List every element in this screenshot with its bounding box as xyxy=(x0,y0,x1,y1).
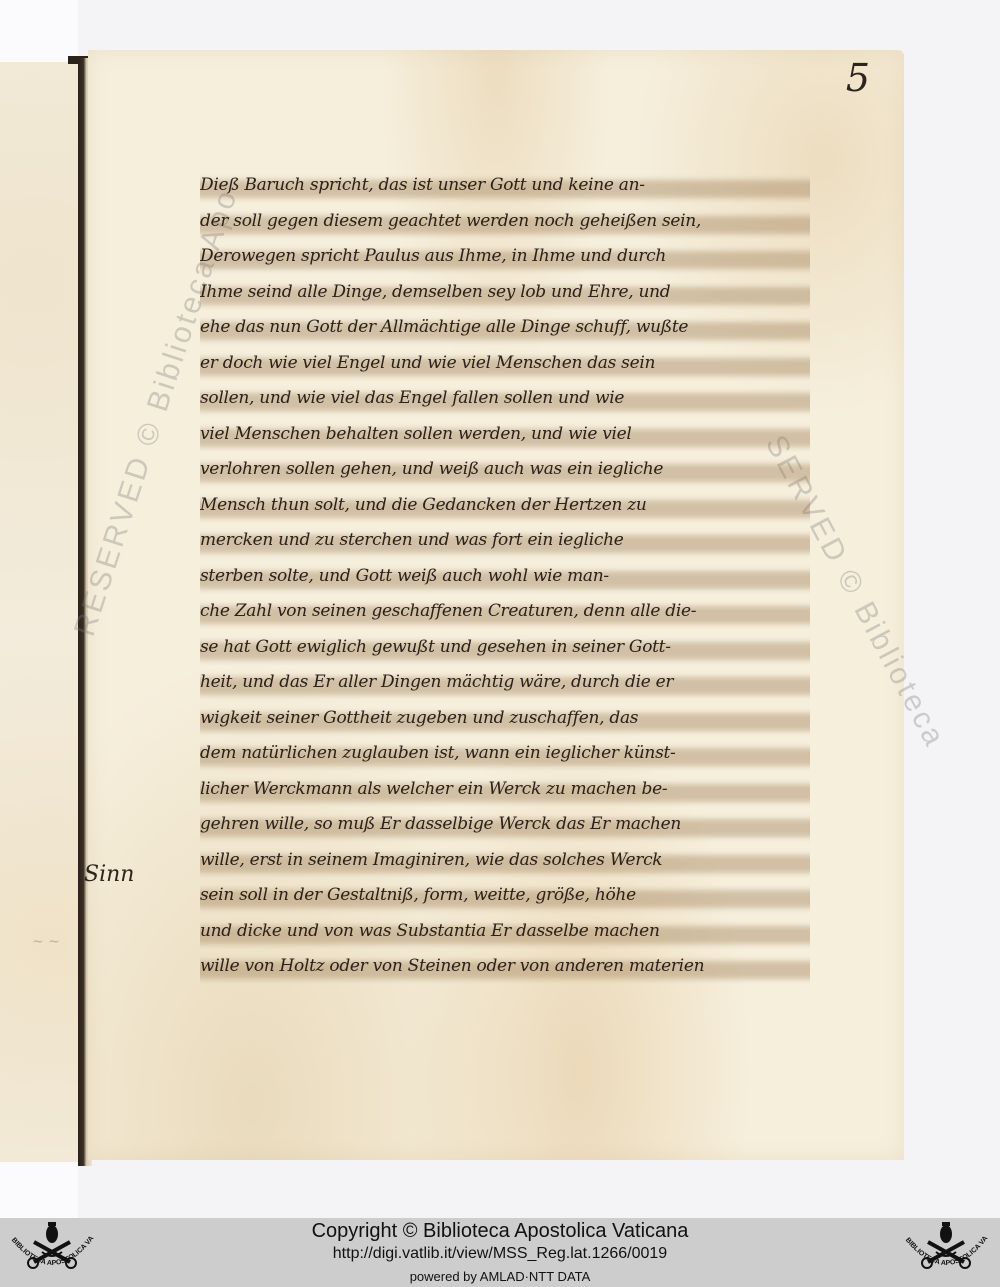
manuscript-scan: ~ ~ 5 RESERVED © Biblioteca Apo SERVED ©… xyxy=(0,0,1000,1218)
text-line: Derowegen spricht Paulus aus Ihme, in Ih… xyxy=(200,239,810,275)
text-line: wigkeit seiner Gottheit zugeben und zusc… xyxy=(200,701,810,737)
text-line: dem natürlichen zuglauben ist, wann ein … xyxy=(200,736,810,772)
margin-note: Sinn xyxy=(84,862,134,887)
text-line: wille von Holtz oder von Steinen oder vo… xyxy=(200,949,810,985)
text-line: gehren wille, so muß Er dasselbige Werck… xyxy=(200,807,810,843)
powered-by-text: powered by AMLAD·NTT DATA xyxy=(0,1269,1000,1284)
manuscript-url[interactable]: http://digi.vatlib.it/view/MSS_Reg.lat.1… xyxy=(0,1245,1000,1263)
text-line: sterben solte, und Gott weiß auch wohl w… xyxy=(200,559,810,595)
vatican-library-logo-right: BIBLIOTECA APOSTOLICA VATICANA xyxy=(896,1220,996,1284)
papal-keys-emblem-icon: BIBLIOTECA APOSTOLICA VATICANA xyxy=(896,1220,996,1284)
text-line: ehe das nun Gott der Allmächtige alle Di… xyxy=(200,310,810,346)
text-line: er doch wie viel Engel und wie viel Mens… xyxy=(200,346,810,382)
text-line: licher Werckmann als welcher ein Werck z… xyxy=(200,772,810,808)
handwritten-text-block: Dieß Baruch spricht, das ist unser Gott … xyxy=(200,168,810,985)
text-line: und dicke und von was Substantia Er dass… xyxy=(200,914,810,950)
text-line: sollen, und wie viel das Engel fallen so… xyxy=(200,381,810,417)
text-line: Dieß Baruch spricht, das ist unser Gott … xyxy=(200,168,810,204)
text-line: viel Menschen behalten sollen werden, un… xyxy=(200,417,810,453)
text-line: mercken und zu sterchen und was fort ein… xyxy=(200,523,810,559)
text-line: heit, und das Er aller Dingen mächtig wä… xyxy=(200,665,810,701)
text-line: Mensch thun solt, und die Gedancken der … xyxy=(200,488,810,524)
copyright-footer: BIBLIOTECA APOSTOLICA VATICANA Copyright… xyxy=(0,1218,1000,1287)
text-line: Ihme seind alle Dinge, demselben sey lob… xyxy=(200,275,810,311)
text-line: verlohren sollen gehen, und weiß auch wa… xyxy=(200,452,810,488)
copyright-text: Copyright © Biblioteca Apostolica Vatica… xyxy=(0,1220,1000,1243)
text-line: sein soll in der Gestaltniß, form, weitt… xyxy=(200,878,810,914)
text-line: wille, erst in seinem Imaginiren, wie da… xyxy=(200,843,810,879)
right-page: 5 RESERVED © Biblioteca Apo SERVED © Bib… xyxy=(88,50,904,1160)
text-line: che Zahl von seinen geschaffenen Creatur… xyxy=(200,594,810,630)
text-line: der soll gegen diesem geachtet werden no… xyxy=(200,204,810,240)
folio-number: 5 xyxy=(846,56,870,100)
text-line: se hat Gott ewiglich gewußt und gesehen … xyxy=(200,630,810,666)
left-page-edge: ~ ~ xyxy=(0,62,84,1162)
faded-margin-mark: ~ ~ xyxy=(32,934,60,950)
